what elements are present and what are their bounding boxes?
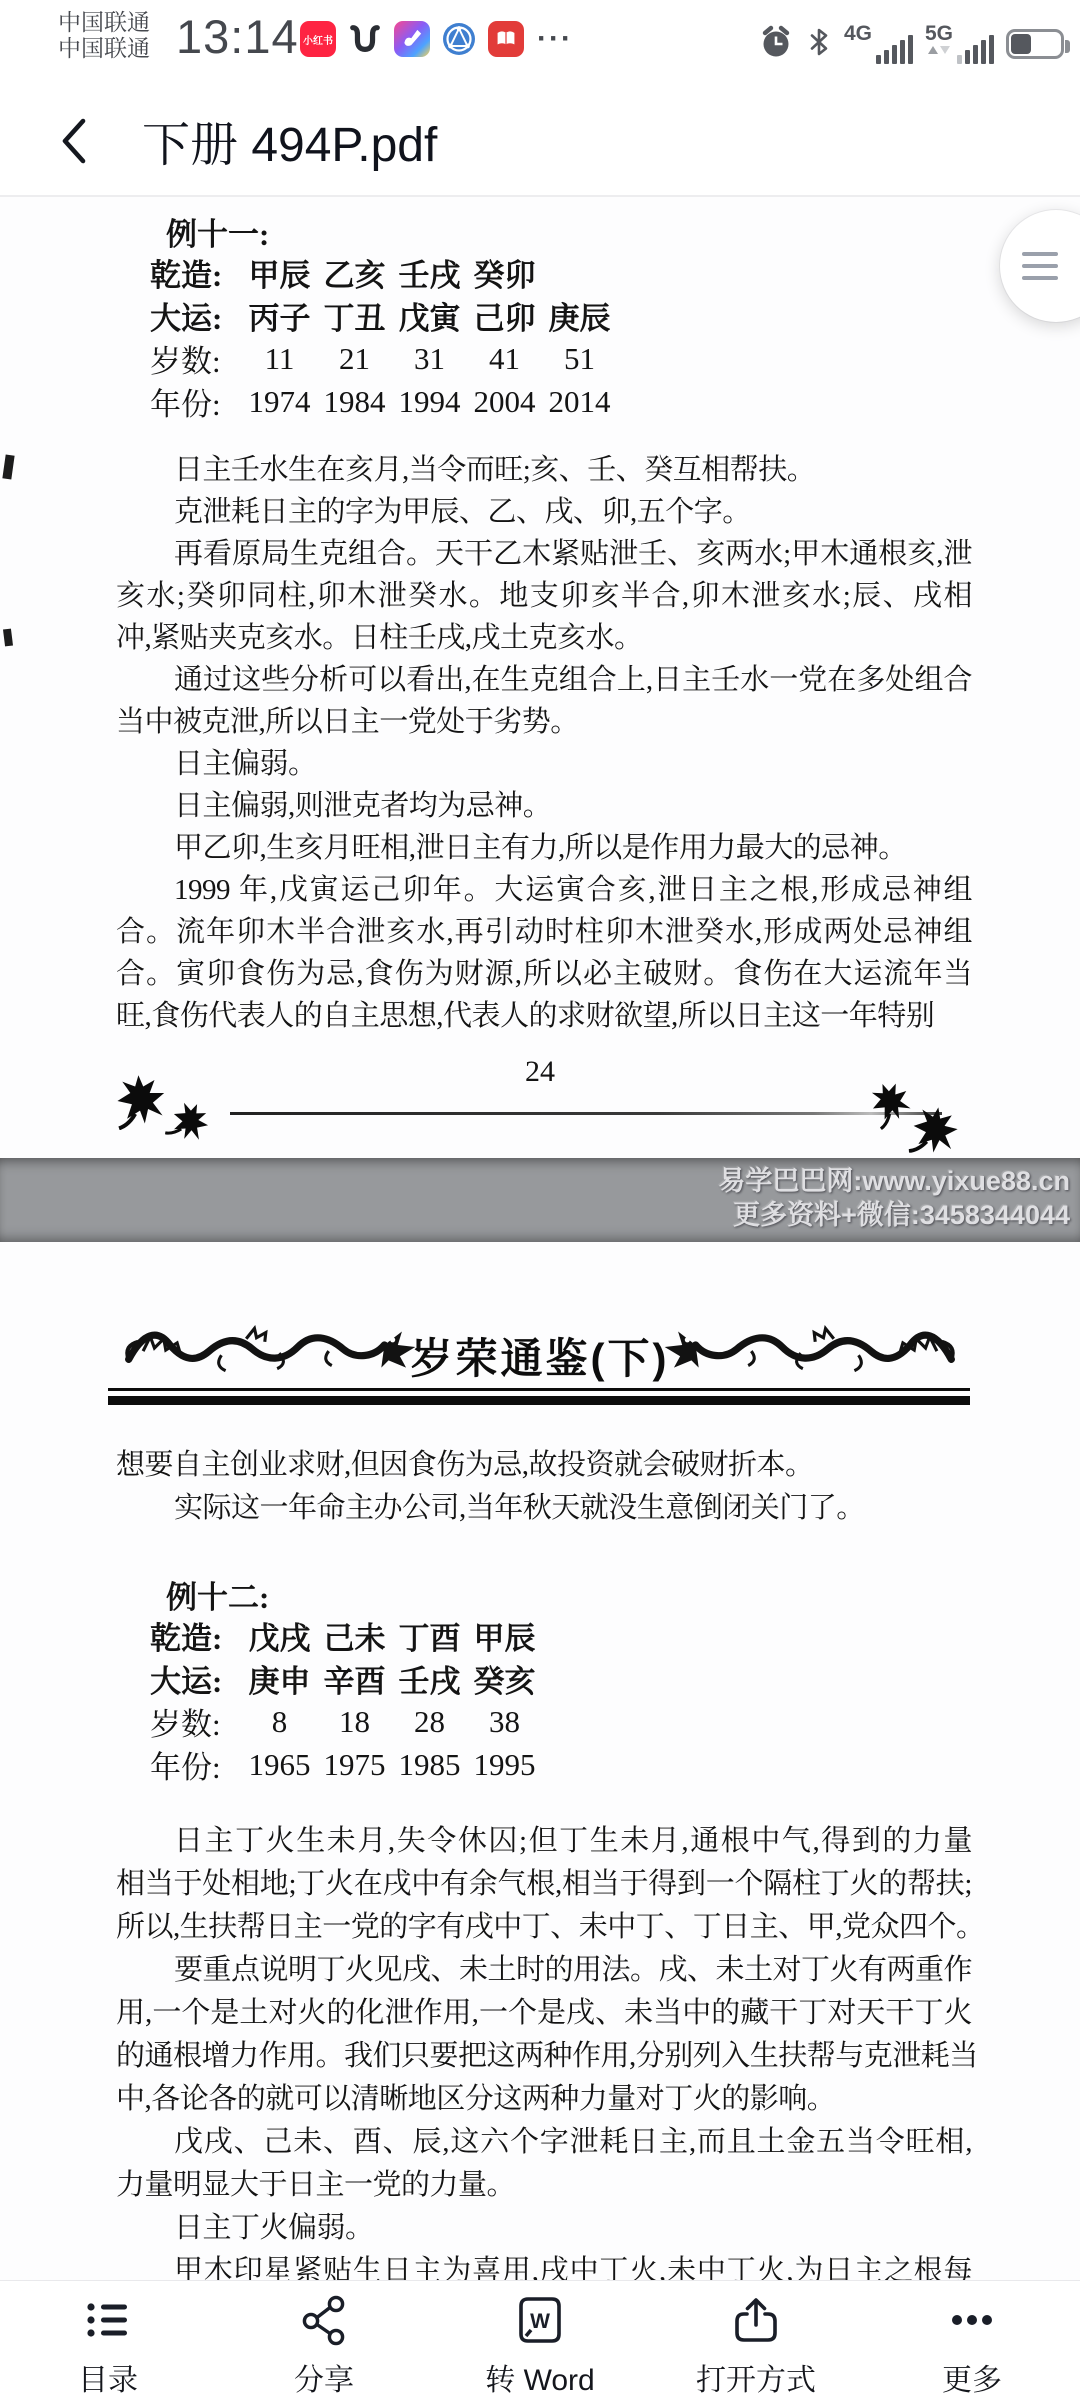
text-line: 用,一个是土对火的化泄作用,一个是戌、未当中的藏干丁对天干丁火: [116, 1992, 972, 2035]
toc-icon: [82, 2291, 134, 2349]
text-line: 日主丁火偏弱。: [116, 2207, 972, 2250]
text-line: 力量明显大于日主一党的力量。: [116, 2164, 972, 2207]
network-globe-app-icon: [441, 21, 477, 57]
theme-brush-app-icon: [394, 21, 430, 57]
word-letter: W: [530, 2310, 550, 2333]
network-4g-label: 4G: [844, 24, 872, 64]
maple-leaf-icon: [112, 1072, 168, 1130]
text-line: 戊戌、己未、酉、辰,这六个字泄耗日主,而且土金五当令旺相,: [116, 2121, 972, 2164]
toolbar-item-toc[interactable]: 目录: [0, 2281, 216, 2400]
status-bar: 中国联通 中国联通 13:14 小红书: [0, 0, 1080, 90]
text-line: 实际这一年命主办公司,当年秋天就没生意倒闭关门了。: [116, 1487, 972, 1530]
text-line: 1999 年,戊寅运己卯年。大运寅合亥,泄日主之根,形成忌神组: [116, 869, 972, 911]
battery-fill: [1011, 34, 1031, 54]
text-line: 甲乙卯,生亥月旺相,泄日主有力,所以是作用力最大的忌神。: [116, 827, 972, 869]
toolbar-item-word[interactable]: W 转 Word: [432, 2281, 648, 2400]
status-clock: 13:14: [176, 11, 299, 63]
text-line: 再看原局生克组合。天干乙木紧贴泄壬、亥两水;甲木通根亥,泄: [116, 533, 972, 575]
example-11-label: 例十一:: [166, 209, 269, 254]
header-rule-thin: [108, 1388, 970, 1391]
carrier-sim1: 中国联通: [58, 9, 150, 35]
section-title: 岁荣通鉴(下): [0, 1326, 1080, 1386]
text-line: 通过这些分析可以看出,在生克组合上,日主壬水一党在多处组合: [116, 659, 972, 701]
carrier-labels: 中国联通 中国联通: [58, 9, 150, 61]
text-line: 想要自主创业求财,但因食伤为忌,故投资就会破财折本。: [116, 1444, 972, 1487]
word-convert-icon: W: [514, 2291, 566, 2349]
page1-body-text: 日主壬水生在亥月,当令而旺;亥、壬、癸互相帮扶。 克泄耗日主的字为甲辰、乙、戌、…: [116, 449, 972, 1037]
signal-bars-4g: [876, 35, 913, 64]
status-right-cluster: 4G 5G: [758, 16, 1064, 72]
pdf-page-1[interactable]: 例十一: 乾造: 甲辰 乙亥 壬戌 癸卯 大运: 丙子 丁丑 戊寅 己卯 庚辰 …: [0, 195, 1080, 1158]
example-11-table: 乾造: 甲辰 乙亥 壬戌 癸卯 大运: 丙子 丁丑 戊寅 己卯 庚辰 岁数: 1…: [150, 251, 617, 423]
toolbar-item-share[interactable]: 分享: [216, 2281, 432, 2400]
text-line: 日主偏弱。: [116, 743, 972, 785]
table-row-dayun: 大运: 丙子 丁丑 戊寅 己卯 庚辰: [150, 294, 617, 337]
footer-rule: [230, 1112, 942, 1115]
app-header: 下册 494P.pdf: [0, 90, 1080, 195]
reader-book-app-icon: [488, 21, 524, 57]
text-line: 合。流年卯木半合泄亥水,再引动时柱卯木泄癸水,形成两处忌神组: [116, 911, 972, 953]
toolbar-label: 目录: [78, 2355, 138, 2399]
toolbar-item-more[interactable]: 更多: [864, 2281, 1080, 2400]
network-5g-label: 5G: [925, 24, 953, 44]
back-button[interactable]: [46, 108, 102, 174]
signal-5g: 5G: [925, 24, 994, 64]
text-line: 冲,紧贴夹克亥水。日柱壬戌,戌土克亥水。: [116, 617, 972, 659]
header-rule-thick: [108, 1396, 970, 1405]
table-row-qianzao: 乾造: 戊戌 己未 丁酉 甲辰: [150, 1614, 542, 1657]
open-with-icon: [730, 2291, 782, 2349]
text-line: 合。寅卯食伤为忌,食伤为财源,所以必主破财。食伤在大运流年当: [116, 953, 972, 995]
text-line: 相当于处相地;丁火在戌中有余气根,相当于得到一个隔柱丁火的帮扶;: [116, 1863, 972, 1906]
signal-bars-5g: [957, 35, 994, 64]
text-line: 日主偏弱,则泄克者均为忌神。: [116, 785, 972, 827]
toolbar-label: 分享: [294, 2355, 354, 2399]
alarm-icon: [758, 24, 794, 65]
table-row-suishu: 岁数: 8 18 28 38: [150, 1700, 542, 1743]
battery-icon: [1006, 29, 1064, 59]
text-line: 要重点说明丁火见戌、未土时的用法。戌、未土对丁火有两重作: [116, 1949, 972, 1992]
bottom-toolbar: 目录 分享 W 转 Word: [0, 2280, 1080, 2400]
example-12-label: 例十二:: [166, 1572, 269, 1617]
notification-icons: 小红书: [300, 21, 573, 57]
carrier-sim2: 中国联通: [58, 35, 150, 61]
toolbar-item-open-with[interactable]: 打开方式: [648, 2281, 864, 2400]
toolbar-label: 更多: [942, 2355, 1002, 2399]
share-icon: [298, 2291, 350, 2349]
text-line: 所以,生扶帮日主一党的字有戌中丁、未中丁、丁日主、甲,党众四个。: [116, 1906, 972, 1949]
toolbar-label: 打开方式: [696, 2355, 816, 2399]
text-line: 日主丁火生未月,失令休囚;但丁生未月,通根中气,得到的力量: [116, 1820, 972, 1863]
text-line-clipped: 甲木印星紧贴生日主为喜用,戌中丁火,未中丁火,为日主之根每: [116, 2250, 972, 2280]
phone-screen: 中国联通 中国联通 13:14 小红书: [0, 0, 1080, 2400]
text-line: 日主壬水生在亥月,当令而旺;亥、壬、癸互相帮扶。: [116, 449, 972, 491]
text-line: 中,各论各的就可以清晰地区分这两种力量对丁火的影响。: [116, 2078, 972, 2121]
table-row-dayun: 大运: 庚申 辛酉 壬戌 癸亥: [150, 1657, 542, 1700]
text-line: 当中被克泄,所以日主一党处于劣势。: [116, 701, 972, 743]
signal-4g: 4G: [844, 24, 913, 64]
page2-top-text: 想要自主创业求财,但因食伤为忌,故投资就会破财折本。 实际这一年命主办公司,当年…: [116, 1444, 972, 1530]
text-line: 亥水;癸卯同柱,卯木泄癸水。地支卯亥半合,卯木泄亥水;辰、戌相: [116, 575, 972, 617]
table-row-qianzao: 乾造: 甲辰 乙亥 壬戌 癸卯: [150, 251, 617, 294]
xiaohongshu-app-icon: 小红书: [300, 21, 336, 57]
data-arrows-icon: [928, 46, 950, 54]
document-title: 下册 494P.pdf: [142, 106, 437, 175]
example-12-table: 乾造: 戊戌 己未 丁酉 甲辰 大运: 庚申 辛酉 壬戌 癸亥 岁数: 8 18…: [150, 1614, 542, 1786]
more-icon: [946, 2291, 998, 2349]
watermark-contact: 更多资料+微信:3458344044: [718, 1198, 1070, 1232]
page-gap-band: 易学巴巴网:www.yixue88.cn 更多资料+微信:3458344044: [0, 1158, 1080, 1242]
bluetooth-icon: [806, 27, 832, 62]
pdf-page-2[interactable]: 岁荣通鉴(下) 想要自主创业求财,但因食伤为忌,故投资就会破财折本。 实际这一年…: [0, 1242, 1080, 2280]
watermark-site: 易学巴巴网:www.yixue88.cn: [718, 1164, 1070, 1198]
table-row-nianfen: 年份: 1974 1984 1994 2004 2014: [150, 380, 617, 423]
text-line: 的通根增力作用。我们只要把这两种作用,分别列入生扶帮与克泄耗当: [116, 2035, 972, 2078]
table-row-nianfen: 年份: 1965 1975 1985 1995: [150, 1743, 542, 1786]
watermark: 易学巴巴网:www.yixue88.cn 更多资料+微信:3458344044: [718, 1164, 1070, 1232]
table-row-suishu: 岁数: 11 21 31 41 51: [150, 337, 617, 380]
text-line: 旺,食伤代表人的自主思想,代表人的求财欲望,所以日主这一年特别: [116, 995, 972, 1037]
text-line: 克泄耗日主的字为甲辰、乙、戌、卯,五个字。: [116, 491, 972, 533]
page2-body-text: 日主丁火生未月,失令休囚;但丁生未月,通根中气,得到的力量 相当于处相地;丁火在…: [116, 1820, 972, 2280]
toolbar-label: 转 Word: [485, 2355, 594, 2399]
more-notifications-ellipsis: ···: [537, 22, 573, 56]
u-horn-app-icon: [347, 21, 383, 57]
